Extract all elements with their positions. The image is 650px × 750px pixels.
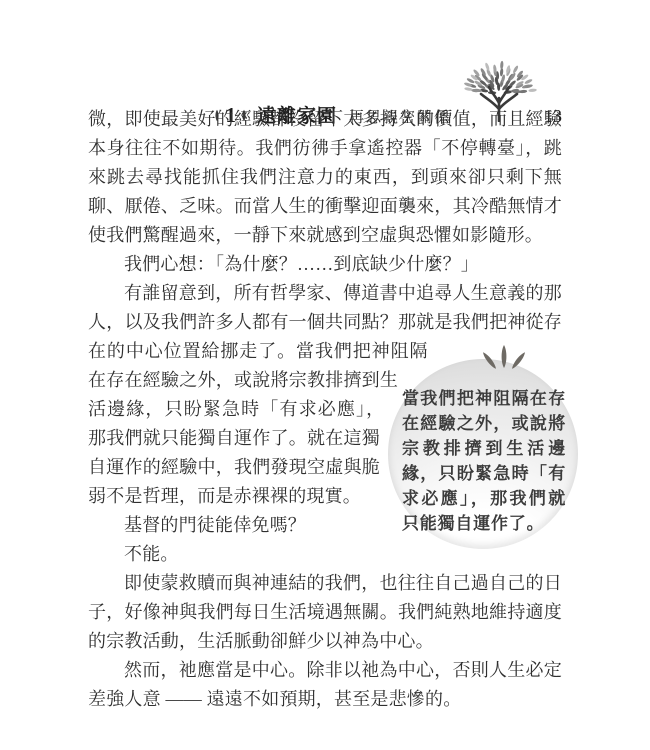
body-paragraph: 即使蒙救贖而與神連結的我們，也往往自己過自己的日子，好像神與我們每日生活境遇無關… xyxy=(88,569,562,656)
page-header: 1 遠離家園 再思親密關係 13 xyxy=(0,0,650,78)
body-paragraph: 然而，祂應當是中心。除非以祂為中心，否則人生必定差強人意 —— 遠遠不如預期，甚… xyxy=(88,656,562,714)
article-text: 微，即使最美好的經驗都沒留下太多持久的價值，而且經驗本身往往不如期待。我們彷彿手… xyxy=(0,78,650,714)
body-paragraph: 微，即使最美好的經驗都沒留下太多持久的價值，而且經驗本身往往不如期待。我們彷彿手… xyxy=(88,105,562,250)
body-paragraph: 我們心想：「為什麼？……到底缺少什麼？」 xyxy=(88,250,562,279)
book-page: 1 遠離家園 再思親密關係 13 微，即使最美好的經驗都沒留下太多持久的價值，而… xyxy=(0,0,650,750)
pull-quote-circle: 當我們把神阻隔在存在經驗之外，或說將宗教排擠到生活邊緣，只盼緊急時「有求必應」，… xyxy=(388,359,578,549)
pull-quote-callout: 當我們把神阻隔在存在經驗之外，或說將宗教排擠到生活邊緣，只盼緊急時「有求必應」，… xyxy=(380,279,578,549)
body-paragraph: 當我們把神阻隔在存在經驗之外，或說將宗教排擠到生活邊緣，只盼緊急時「有求必應」，… xyxy=(88,279,562,511)
pull-quote-text: 當我們把神阻隔在存在經驗之外，或說將宗教排擠到生活邊緣，只盼緊急時「有求必應」，… xyxy=(388,359,578,536)
three-leaves-icon xyxy=(440,343,496,375)
